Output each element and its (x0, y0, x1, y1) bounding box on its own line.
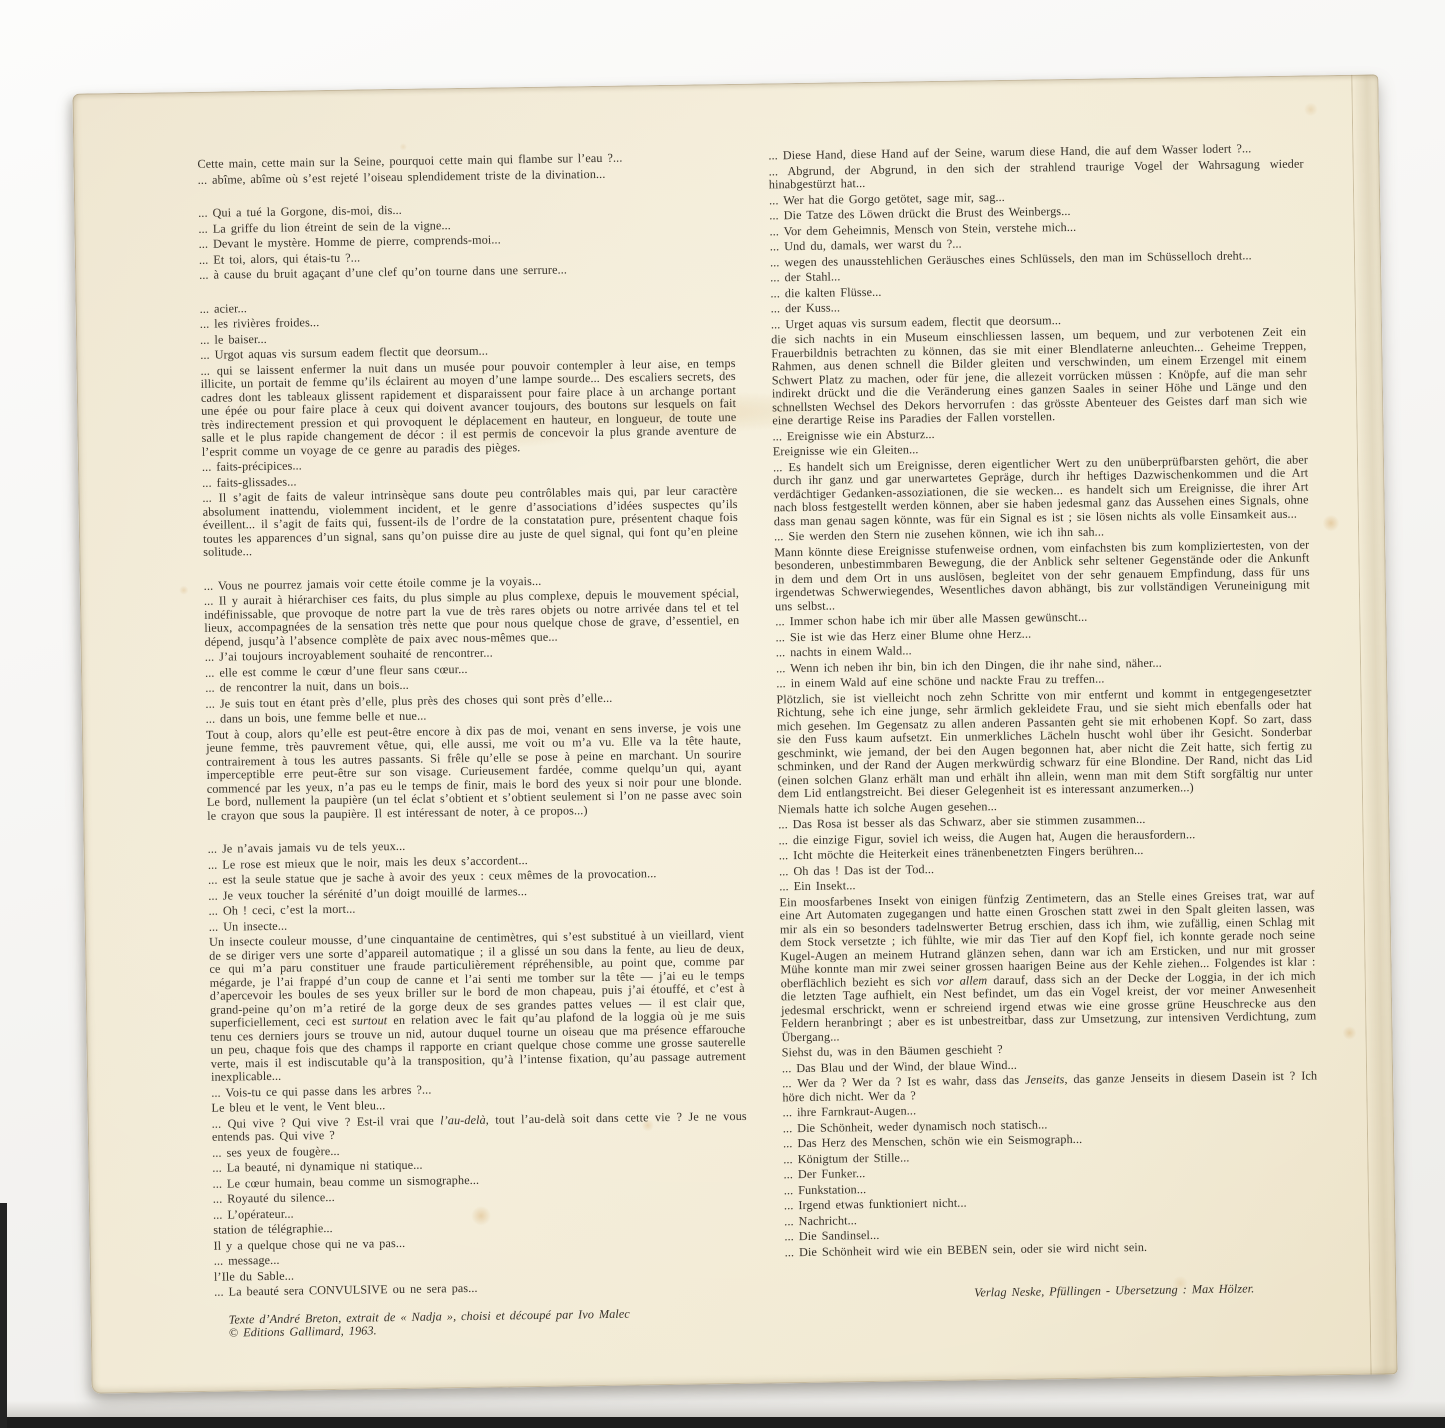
text-line: ... Es handelt sich um Ereignisse, deren… (773, 453, 1309, 528)
record-sleeve-back: Cette main, cette main sur la Seine, pou… (72, 74, 1397, 1393)
text-columns: Cette main, cette main sur la Seine, pou… (197, 140, 1320, 1341)
text-line: Tout à coup, alors qu’elle est peut-être… (206, 720, 742, 822)
text-line: Ein moosfarbenes Insekt von einigen fünf… (779, 888, 1316, 1044)
text-line: Plötzlich, sie ist vielleicht noch zehn … (776, 685, 1313, 801)
photo-backdrop: Cette main, cette main sur la Seine, pou… (0, 0, 1445, 1428)
german-column: ... Diese Hand, diese Hand auf der Seine… (768, 140, 1321, 1332)
text-line: ... Il y aurait à hiérarchiser ces faits… (204, 587, 740, 649)
left-edge-band (0, 1203, 7, 1428)
text-line: die sich nachts in ein Museum einschlies… (771, 325, 1307, 427)
text-line: ... Il s’agit de faits de valeur intrins… (202, 484, 738, 559)
text-line: Verlag Neske, Pfüllingen - Ubersetzung :… (785, 1281, 1320, 1302)
spine-fold (1351, 74, 1397, 1374)
text-line: ... qui se laissent enfermer la nuit dan… (200, 356, 736, 458)
floor-shadow (0, 1401, 1445, 1417)
french-column: Cette main, cette main sur la Seine, pou… (197, 148, 750, 1340)
text-line: Un insecte couleur mousse, d’une cinquan… (209, 928, 746, 1084)
floor-band (0, 1417, 1445, 1428)
text-line: Mann könnte diese Ereignisse stufenweise… (774, 538, 1310, 613)
